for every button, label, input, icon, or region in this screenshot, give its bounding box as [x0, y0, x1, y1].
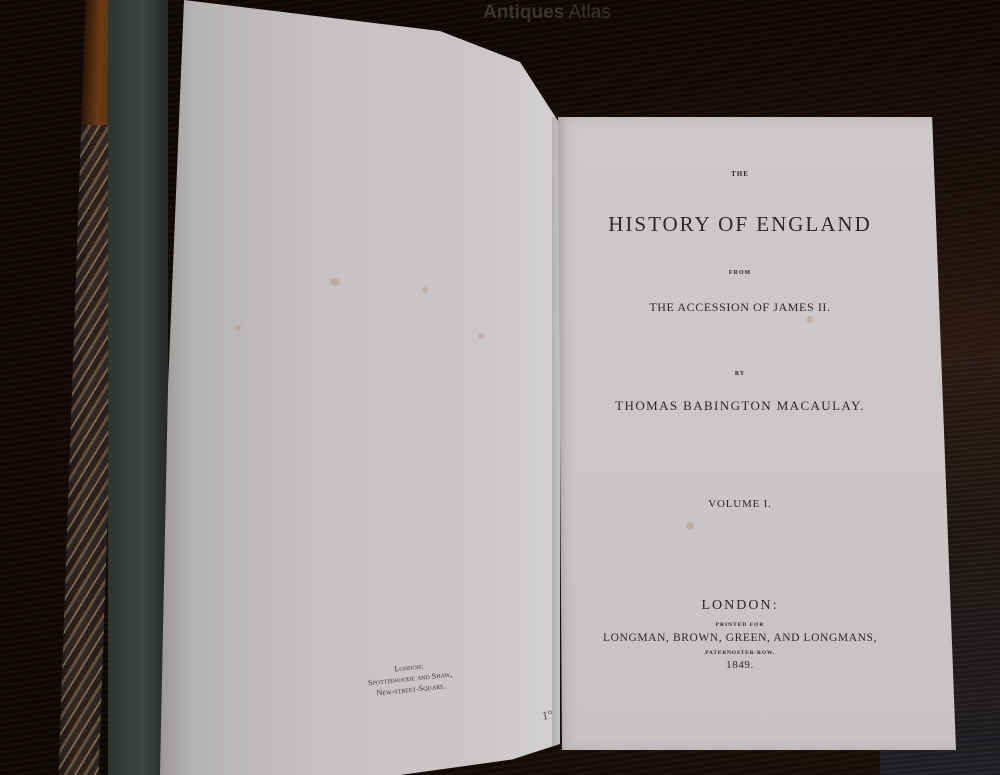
foxing-spot — [806, 316, 813, 323]
antiques-atlas-watermark: Antiques Atlas — [483, 2, 611, 24]
title-the: THE — [575, 170, 905, 178]
foxing-spot — [478, 333, 484, 339]
printed-for: PRINTED FOR — [575, 622, 905, 628]
book-subtitle: THE ACCESSION OF JAMES II. — [575, 300, 905, 315]
watermark-brand-light: Atlas — [569, 2, 611, 23]
endpaper — [108, 0, 168, 775]
book-title: HISTORY OF ENGLAND — [575, 212, 905, 237]
publisher-address: PATERNOSTER-ROW. — [575, 650, 905, 656]
gutter-shadow — [552, 117, 566, 750]
publication-year: 1849. — [575, 659, 905, 671]
foxing-spot — [686, 522, 694, 530]
title-by: BY — [575, 371, 905, 377]
volume-label: VOLUME I. — [575, 498, 905, 510]
foxing-spot — [236, 325, 241, 330]
publisher: LONGMAN, BROWN, GREEN, AND LONGMANS, — [575, 632, 905, 644]
foxing-spot — [330, 278, 340, 286]
book-author: THOMAS BABINGTON MACAULAY. — [575, 398, 905, 414]
title-from: FROM — [575, 270, 905, 276]
publication-city: LONDON: — [575, 598, 905, 614]
left-page-verso — [160, 0, 560, 775]
watermark-brand-bold: Antiques — [483, 2, 564, 23]
foxing-spot — [422, 287, 428, 293]
